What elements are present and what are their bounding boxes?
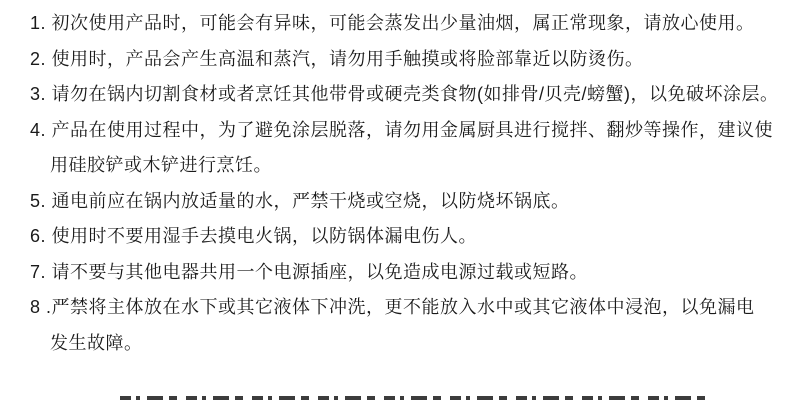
instruction-line-1: 1. 初次使用产品时，可能会有异味，可能会蒸发出少量油烟，属正常现象，请放心使用… xyxy=(0,6,790,42)
instructions-list: 1. 初次使用产品时，可能会有异味，可能会蒸发出少量油烟，属正常现象，请放心使用… xyxy=(0,6,790,361)
instruction-line-7: 7. 请不要与其他电器共用一个电源插座，以免造成电源过载或短路。 xyxy=(0,255,790,291)
instruction-line-4-continued: 用硅胶铲或木铲进行烹饪。 xyxy=(0,148,790,184)
instruction-line-2: 2. 使用时，产品会产生高温和蒸汽，请勿用手触摸或将脸部靠近以防烫伤。 xyxy=(0,42,790,78)
cropped-next-section-strip xyxy=(120,396,710,400)
instruction-line-8-continued: 发生故障。 xyxy=(0,326,790,362)
instruction-line-5: 5. 通电前应在锅内放适量的水，严禁干烧或空烧，以防烧坏锅底。 xyxy=(0,184,790,220)
instruction-line-8: 8 .严禁将主体放在水下或其它液体下冲洗，更不能放入水中或其它液体中浸泡，以免漏… xyxy=(0,290,790,326)
instruction-line-4: 4. 产品在使用过程中，为了避免涂层脱落，请勿用金属厨具进行搅拌、翻炒等操作，建… xyxy=(0,113,790,149)
instruction-line-3: 3. 请勿在锅内切割食材或者烹饪其他带骨或硬壳类食物(如排骨/贝壳/螃蟹)，以免… xyxy=(0,77,790,113)
usage-instructions-page: { "page": { "background_color": "#ffffff… xyxy=(0,0,790,400)
instruction-line-6: 6. 使用时不要用湿手去摸电火锅，以防锅体漏电伤人。 xyxy=(0,219,790,255)
